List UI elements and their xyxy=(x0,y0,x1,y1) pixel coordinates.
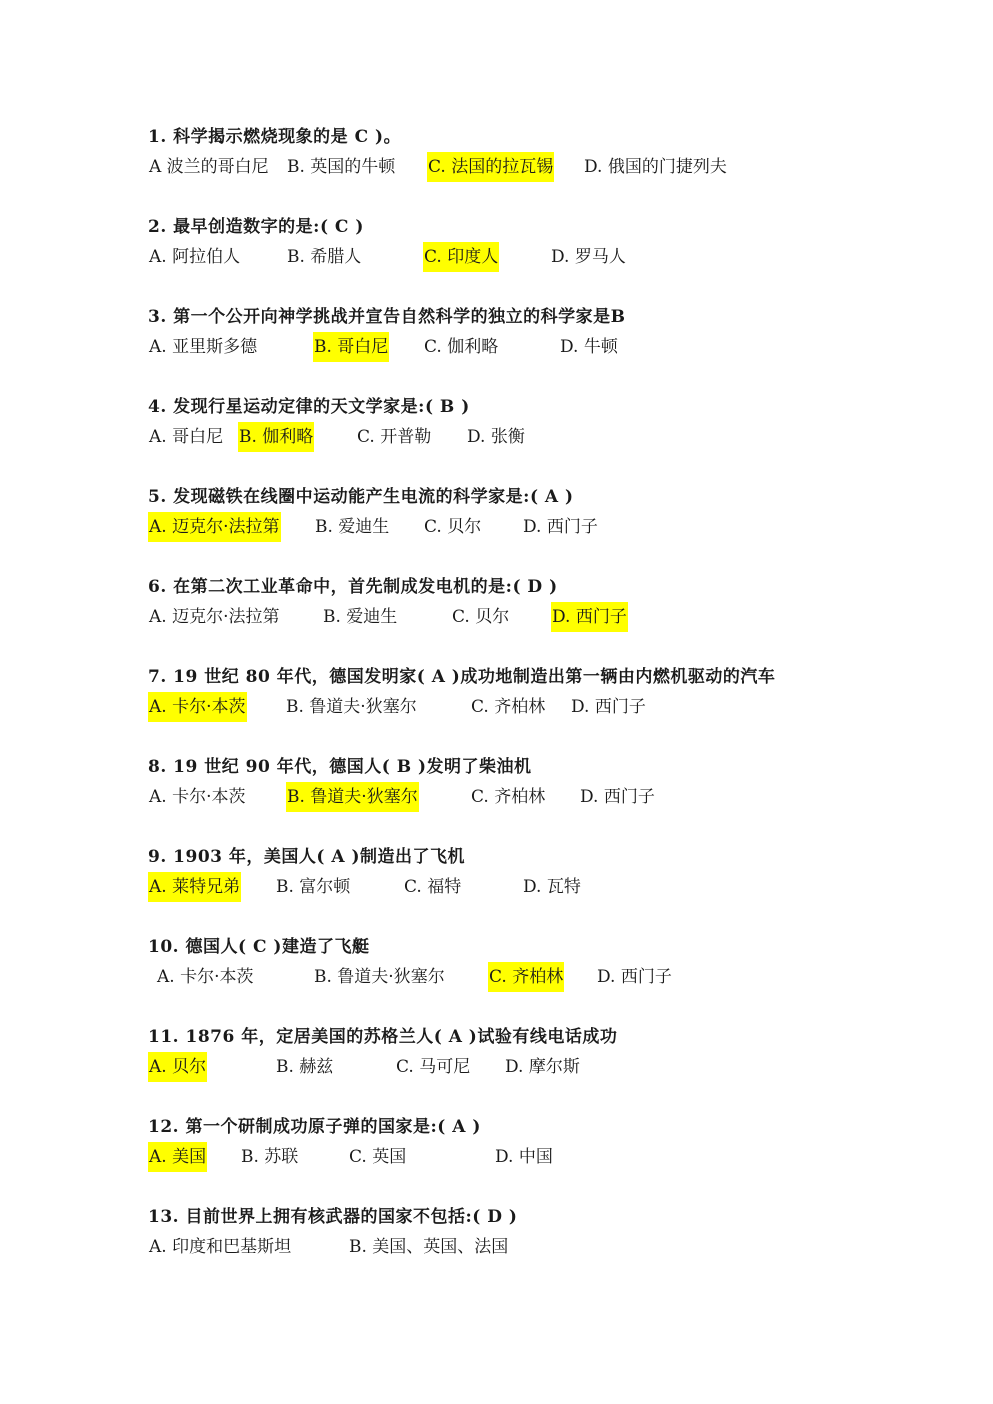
answer-option: C. 马可尼 xyxy=(395,1052,471,1082)
answer-option-highlighted: D. 西门子 xyxy=(551,602,628,632)
question-title: 5. 发现磁铁在线圈中运动能产生电流的科学家是:( A ) xyxy=(148,482,574,512)
question-title: 2. 最早创造数字的是:( C ) xyxy=(148,212,364,242)
question-options: A. 哥白尼B. 伽利略C. 开普勒D. 张衡 xyxy=(148,422,470,452)
question-options: A. 迈克尔·法拉第B. 爱迪生C. 贝尔D. 西门子 xyxy=(148,512,574,542)
answer-option: B. 爱迪生 xyxy=(314,512,390,542)
question-block: 9. 1903 年，美国人( A )制造出了飞机A. 莱特兄弟B. 富尔顿C. … xyxy=(148,842,465,902)
question-title: 11. 1876 年，定居美国的苏格兰人( A )试验有线电话成功 xyxy=(148,1022,617,1052)
answer-option: B. 爱迪生 xyxy=(322,602,398,632)
question-options: A. 卡尔·本茨B. 鲁道夫·狄塞尔C. 齐柏林D. 西门子 xyxy=(148,782,532,812)
question-block: 4. 发现行星运动定律的天文学家是:( B )A. 哥白尼B. 伽利略C. 开普… xyxy=(148,392,470,452)
answer-option: D. 俄国的门捷列夫 xyxy=(583,152,728,182)
question-title: 12. 第一个研制成功原子弹的国家是:( A ) xyxy=(148,1112,481,1142)
question-options: A. 卡尔·本茨B. 鲁道夫·狄塞尔C. 齐柏林D. 西门子 xyxy=(148,692,775,722)
question-options: A. 迈克尔·法拉第B. 爱迪生C. 贝尔D. 西门子 xyxy=(148,602,558,632)
question-block: 6. 在第二次工业革命中，首先制成发电机的是:( D )A. 迈克尔·法拉第B.… xyxy=(148,572,558,632)
answer-option: A. 卡尔·本茨 xyxy=(148,782,247,812)
answer-option-highlighted: A. 迈克尔·法拉第 xyxy=(148,512,281,542)
question-block: 3. 第一个公开向神学挑战并宣告自然科学的独立的科学家是BA. 亚里斯多德B. … xyxy=(148,302,626,362)
question-options: A. 阿拉伯人B. 希腊人C. 印度人D. 罗马人 xyxy=(148,242,364,272)
answer-option-highlighted: A. 美国 xyxy=(148,1142,207,1172)
answer-option: D. 西门子 xyxy=(570,692,647,722)
answer-option: A. 亚里斯多德 xyxy=(148,332,258,362)
answer-option: C. 齐柏林 xyxy=(470,782,546,812)
answer-option: B. 希腊人 xyxy=(286,242,362,272)
answer-option: B. 鲁道夫·狄塞尔 xyxy=(285,692,418,722)
question-options: A. 美国B. 苏联C. 英国D. 中国 xyxy=(148,1142,481,1172)
answer-option: C. 贝尔 xyxy=(423,512,482,542)
answer-option-highlighted: A. 贝尔 xyxy=(148,1052,207,1082)
answer-option: A. 哥白尼 xyxy=(148,422,224,452)
answer-option-highlighted: B. 伽利略 xyxy=(238,422,314,452)
answer-option: C. 开普勒 xyxy=(356,422,432,452)
question-options: A. 印度和巴基斯坦B. 美国、英国、法国 xyxy=(148,1232,517,1262)
answer-option: C. 贝尔 xyxy=(451,602,510,632)
question-title: 8. 19 世纪 90 年代，德国人( B )发明了柴油机 xyxy=(148,752,532,782)
question-options: A. 卡尔·本茨B. 鲁道夫·狄塞尔C. 齐柏林D. 西门子 xyxy=(148,962,369,992)
question-options: A 波兰的哥白尼B. 英国的牛顿C. 法国的拉瓦锡D. 俄国的门捷列夫 xyxy=(148,152,401,182)
answer-option-highlighted: B. 鲁道夫·狄塞尔 xyxy=(286,782,419,812)
question-options: A. 莱特兄弟B. 富尔顿C. 福特D. 瓦特 xyxy=(148,872,465,902)
question-title: 10. 德国人( C )建造了飞艇 xyxy=(148,932,369,962)
question-title: 6. 在第二次工业革命中，首先制成发电机的是:( D ) xyxy=(148,572,558,602)
answer-option: D. 西门子 xyxy=(596,962,673,992)
answer-option: D. 西门子 xyxy=(579,782,656,812)
answer-option-highlighted: A. 莱特兄弟 xyxy=(148,872,241,902)
answer-option: C. 英国 xyxy=(348,1142,407,1172)
answer-option: B. 美国、英国、法国 xyxy=(348,1232,509,1262)
answer-option: D. 摩尔斯 xyxy=(504,1052,581,1082)
answer-option-highlighted: C. 印度人 xyxy=(423,242,499,272)
answer-option-highlighted: C. 法国的拉瓦锡 xyxy=(427,152,554,182)
answer-option: D. 罗马人 xyxy=(550,242,627,272)
answer-option: A. 迈克尔·法拉第 xyxy=(148,602,281,632)
question-block: 13. 目前世界上拥有核武器的国家不包括:( D )A. 印度和巴基斯坦B. 美… xyxy=(148,1202,517,1262)
question-block: 1. 科学揭示燃烧现象的是 C )。A 波兰的哥白尼B. 英国的牛顿C. 法国的… xyxy=(148,122,401,182)
answer-option: A. 阿拉伯人 xyxy=(148,242,241,272)
answer-option-highlighted: A. 卡尔·本茨 xyxy=(148,692,247,722)
question-block: 7. 19 世纪 80 年代，德国发明家( A )成功地制造出第一辆由内燃机驱动… xyxy=(148,662,775,722)
answer-option: A. 印度和巴基斯坦 xyxy=(148,1232,292,1262)
answer-option: B. 赫兹 xyxy=(275,1052,334,1082)
answer-option: A. 卡尔·本茨 xyxy=(156,962,255,992)
answer-option: C. 伽利略 xyxy=(423,332,499,362)
answer-option: D. 中国 xyxy=(494,1142,554,1172)
question-block: 12. 第一个研制成功原子弹的国家是:( A )A. 美国B. 苏联C. 英国D… xyxy=(148,1112,481,1172)
answer-option: D. 张衡 xyxy=(466,422,526,452)
answer-option: C. 福特 xyxy=(403,872,462,902)
answer-option: B. 鲁道夫·狄塞尔 xyxy=(313,962,446,992)
answer-option: B. 富尔顿 xyxy=(275,872,351,902)
answer-option: D. 瓦特 xyxy=(522,872,582,902)
question-block: 5. 发现磁铁在线圈中运动能产生电流的科学家是:( A )A. 迈克尔·法拉第B… xyxy=(148,482,574,542)
document-page: 1. 科学揭示燃烧现象的是 C )。A 波兰的哥白尼B. 英国的牛顿C. 法国的… xyxy=(0,0,993,1404)
question-title: 13. 目前世界上拥有核武器的国家不包括:( D ) xyxy=(148,1202,517,1232)
question-title: 9. 1903 年，美国人( A )制造出了飞机 xyxy=(148,842,465,872)
answer-option: B. 苏联 xyxy=(240,1142,299,1172)
question-block: 11. 1876 年，定居美国的苏格兰人( A )试验有线电话成功A. 贝尔B.… xyxy=(148,1022,617,1082)
answer-option: B. 英国的牛顿 xyxy=(286,152,396,182)
question-options: A. 贝尔B. 赫兹C. 马可尼D. 摩尔斯 xyxy=(148,1052,617,1082)
answer-option: C. 齐柏林 xyxy=(470,692,546,722)
question-title: 7. 19 世纪 80 年代，德国发明家( A )成功地制造出第一辆由内燃机驱动… xyxy=(148,662,775,692)
answer-option: D. 西门子 xyxy=(522,512,599,542)
question-block: 8. 19 世纪 90 年代，德国人( B )发明了柴油机A. 卡尔·本茨B. … xyxy=(148,752,532,812)
answer-option-highlighted: C. 齐柏林 xyxy=(488,962,564,992)
question-options: A. 亚里斯多德B. 哥白尼C. 伽利略D. 牛顿 xyxy=(148,332,626,362)
question-block: 2. 最早创造数字的是:( C )A. 阿拉伯人B. 希腊人C. 印度人D. 罗… xyxy=(148,212,364,272)
answer-option-highlighted: B. 哥白尼 xyxy=(313,332,389,362)
question-block: 10. 德国人( C )建造了飞艇A. 卡尔·本茨B. 鲁道夫·狄塞尔C. 齐柏… xyxy=(148,932,369,992)
question-title: 4. 发现行星运动定律的天文学家是:( B ) xyxy=(148,392,470,422)
question-title: 3. 第一个公开向神学挑战并宣告自然科学的独立的科学家是B xyxy=(148,302,626,332)
question-title: 1. 科学揭示燃烧现象的是 C )。 xyxy=(148,122,401,152)
answer-option: A 波兰的哥白尼 xyxy=(148,152,270,182)
answer-option: D. 牛顿 xyxy=(559,332,619,362)
